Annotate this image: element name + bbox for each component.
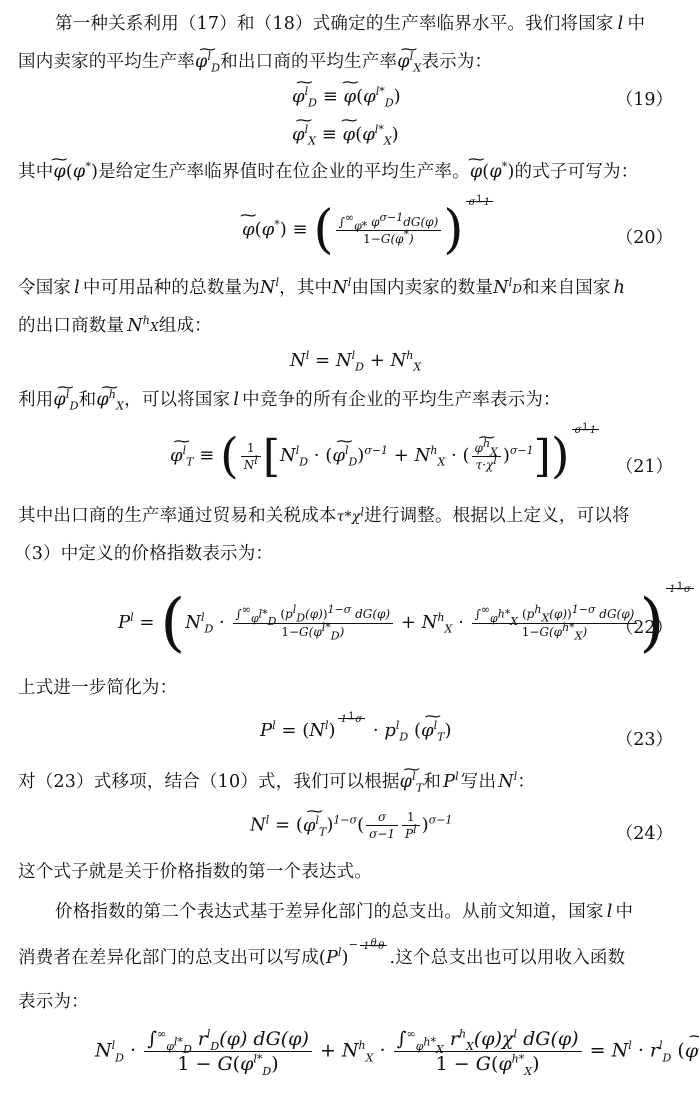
text-span: 中可用品种的总数量为: [83, 278, 260, 298]
paragraph-3-line-1: 令国家l中可用品种的总数量为Nl，其中Nl由国内卖家的数量NlD和来自国家h: [18, 276, 685, 301]
text-span: 中: [627, 14, 645, 34]
text-span: 和来自国家: [522, 278, 611, 298]
equation-21: φlT ≡ (1Nl[NlD · (φlD)σ−1 + NhX · (φhXτ·…: [170, 428, 601, 484]
paragraph-1-line-1: 第一种关系利用（17）和（18）式确定的生产率临界水平。我们将国家l中: [55, 12, 685, 36]
equation-number-24: （24）: [616, 820, 673, 845]
math-symbol: l: [74, 278, 80, 298]
text-span: 和出口商的平均生产率: [220, 52, 397, 72]
math-symbol: l: [618, 14, 624, 34]
text-span: 表示为：: [421, 52, 492, 72]
document-page: 第一种关系利用（17）和（18）式确定的生产率临界水平。我们将国家l中 国内卖家…: [0, 0, 699, 1097]
paragraph-9-line-2: 消费者在差异化部门的总支出可以写成(Pl)−θ1−θ.这个总支出也可以用收入函数: [18, 946, 685, 970]
paragraph-8-line-1: 这个式子就是关于价格指数的第一个表达式。: [18, 860, 685, 884]
paragraph-2-line-1: 其中φ(φ*)是给定生产率临界值时在位企业的平均生产率。φ(φ*)的式子可写为：: [18, 160, 685, 184]
paragraph-3-line-2: 的出口商数量NhX组成：: [18, 314, 685, 339]
text-span: ：: [517, 772, 535, 792]
equation-19-line-2: φlX ≡ φ(φl*X): [292, 124, 399, 145]
text-span: 价格指数的第二个表达式基于差异化部门的总支出。从前文知道，国家: [55, 902, 604, 922]
paragraph-5-line-1: 其中出口商的生产率通过贸易和关税成本τ*χl进行调整。根据以上定义，可以将: [18, 504, 685, 529]
paragraph-4-line-1: 利用φlD和φhX，可以将国家l中竞争的所有企业的平均生产率表示为：: [18, 388, 685, 412]
text-span: 令国家: [18, 278, 71, 298]
text-span: 国内卖家的平均生产率: [18, 52, 195, 72]
math-phi-tilde-X: φlX: [397, 50, 421, 74]
text-span: 其中: [18, 162, 53, 182]
text-span: .这个总支出也可以用收入函数: [389, 948, 625, 968]
text-span: 对（23）式移项，结合（10）式，我们可以根据: [18, 772, 400, 792]
equation-20: φ(φ*) ≡ (∫∞φ* φσ−1dG(φ)1−G(φ*))1σ−1: [242, 200, 495, 260]
equation-number-19: （19）: [616, 86, 673, 111]
text-span: 由国内卖家的数量: [352, 278, 494, 298]
paragraph-6-line-1: 上式进一步简化为：: [18, 676, 685, 700]
equation-22: Pl = (NlD · ∫∞φl*D (plD(φ))1−σ dG(φ)1−G(…: [118, 586, 696, 660]
text-span: 的出口商数量: [18, 316, 124, 336]
equation-number-20: （20）: [616, 224, 673, 249]
equation-number-21: （21）: [616, 453, 673, 478]
text-span: 进行调整。根据以上定义，可以将: [364, 506, 630, 526]
text-span: 中竞争的所有企业的平均生产率表示为：: [242, 390, 561, 410]
paragraph-5-line-2: （3）中定义的价格指数表示为：: [14, 542, 685, 566]
equation-number-22: （22）: [616, 614, 673, 639]
text-span: 写出: [461, 772, 496, 792]
math-phi-tilde-D: φlD: [195, 50, 220, 74]
text-span: 其中出口商的生产率通过贸易和关税成本: [18, 506, 337, 526]
text-span: ，可以将国家: [124, 390, 230, 410]
text-span: 中: [616, 902, 634, 922]
math-symbol: l: [233, 390, 239, 410]
math-phi-tilde-star: φ(φ*): [470, 162, 515, 182]
math-symbol: h: [614, 278, 625, 298]
equation-24: Nl = (φlT)1−σ(σσ−11Pl)σ−1: [250, 810, 452, 841]
text-span: 是给定生产率临界值时在位企业的平均生产率。: [98, 162, 470, 182]
paragraph-9-line-3: 表示为：: [18, 990, 685, 1014]
paragraph-1-line-2: 国内卖家的平均生产率φlD和出口商的平均生产率φlX表示为：: [18, 50, 685, 74]
equation-23: Pl = (Nl)11−σ · plD (φlT): [260, 720, 452, 741]
math-phi-tilde-star: φ(φ*): [53, 162, 98, 182]
text-span: ，其中: [279, 278, 332, 298]
paragraph-7-line-1: 对（23）式移项，结合（10）式，我们可以根据φlT和Pl写出Nl：: [18, 770, 685, 794]
paragraph-9-line-1: 价格指数的第二个表达式基于差异化部门的总支出。从前文知道，国家l中: [55, 900, 685, 924]
text-span: 的式子可写为：: [515, 162, 639, 182]
equation-19-line-1: φlD ≡ φ(φl*D): [292, 86, 401, 107]
equation-total-expenditure: NlD · ∫∞φl*D rlD(φ) dG(φ)1 − G(φl*D) + N…: [95, 1028, 699, 1075]
equation-N-total: Nl = NlD + NhX: [290, 350, 421, 371]
text-span: 消费者在差异化部门的总支出可以写成: [18, 948, 319, 968]
equation-number-23: （23）: [616, 726, 673, 751]
math-symbol: l: [607, 902, 613, 922]
text-span: 组成：: [159, 316, 212, 336]
text-span: 第一种关系利用（17）和（18）式确定的生产率临界水平。我们将国家: [55, 14, 614, 34]
